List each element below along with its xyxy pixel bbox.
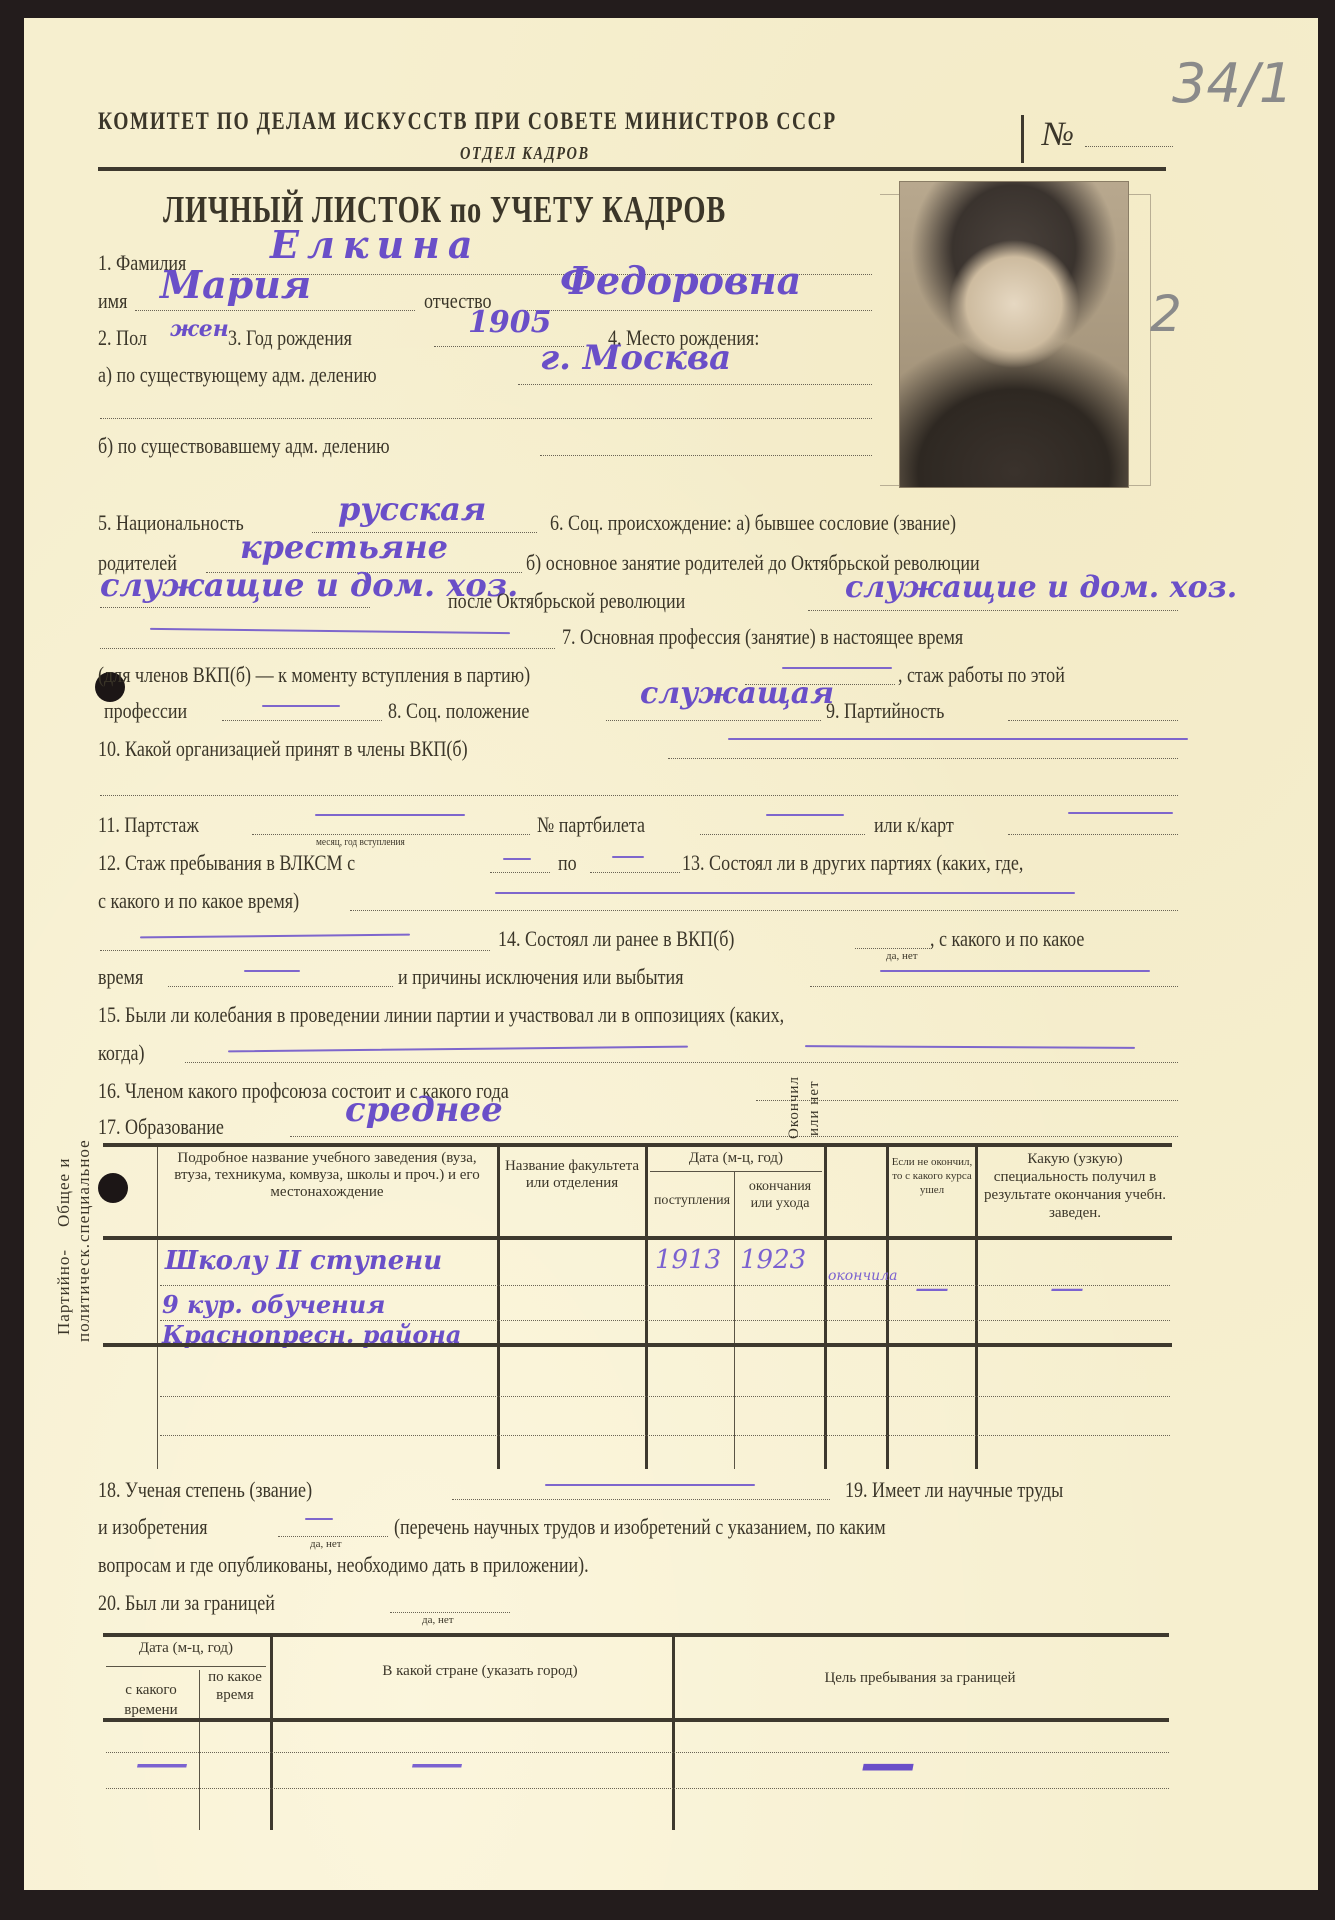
sex-value: жен bbox=[170, 316, 229, 342]
social-status-value: служащая bbox=[640, 676, 834, 711]
party-membership-label: 9. Партийность bbox=[826, 698, 944, 724]
komsomol-from-dash bbox=[503, 858, 531, 860]
education-field[interactable] bbox=[290, 1136, 1178, 1137]
exclusion-reason-label: и причины исключения или выбытия bbox=[398, 964, 684, 990]
profession-experience-dash bbox=[262, 705, 340, 707]
party-organization-field-line2[interactable] bbox=[100, 795, 1178, 796]
edu-row-line[interactable] bbox=[160, 1396, 1170, 1397]
party-organization-label: 10. Какой организацией принят в члены ВК… bbox=[98, 736, 468, 762]
former-member-time-field[interactable] bbox=[168, 986, 393, 987]
edu-header-finished: Окончил или нет bbox=[784, 1066, 832, 1150]
nationality-label: 5. Национальность bbox=[98, 510, 244, 536]
edu-col-divider bbox=[734, 1172, 735, 1419]
party-tenure-dash bbox=[315, 814, 465, 816]
profession-experience-field[interactable] bbox=[222, 720, 382, 721]
academic-degree-dash bbox=[545, 1484, 755, 1486]
party-membership-field[interactable] bbox=[1008, 720, 1178, 721]
edu-row-line[interactable] bbox=[160, 1285, 1170, 1286]
birthplace-former-label: б) по существовавшему адм. делению bbox=[98, 433, 390, 459]
birthplace-current-value: г. Москва bbox=[540, 338, 731, 378]
header-rule bbox=[98, 167, 1166, 171]
inventions-note: (перечень научных трудов и изобретений с… bbox=[394, 1514, 886, 1540]
parents-occupation-before-field[interactable] bbox=[100, 607, 370, 608]
edu-col-divider bbox=[645, 1147, 648, 1419]
party-card-field[interactable] bbox=[700, 834, 865, 835]
parents-occupation-after-value: служащие и дом. хоз. bbox=[845, 570, 1237, 605]
inventions-field[interactable] bbox=[278, 1536, 388, 1537]
abroad-country-value: — bbox=[410, 1730, 464, 1793]
opposition-when-label: когда) bbox=[98, 1040, 145, 1066]
edu-row-label-political: Партийно-политическ. bbox=[54, 1235, 104, 1350]
edu-col-divider bbox=[497, 1419, 500, 1469]
parents-occupation-after-field[interactable] bbox=[808, 610, 1178, 611]
surname-value: Елкина bbox=[270, 222, 480, 267]
pencil-archive-number: 34/1 bbox=[1172, 52, 1293, 115]
edu-col-divider bbox=[824, 1147, 827, 1419]
edu-row-line[interactable] bbox=[160, 1435, 1170, 1436]
ministry-header: КОМИТЕТ ПО ДЕЛАМ ИСКУССТВ ПРИ СОВЕТЕ МИН… bbox=[98, 108, 837, 136]
profession-field[interactable] bbox=[100, 648, 555, 649]
opposition-label: 15. Были ли колебания в проведении линии… bbox=[98, 1002, 784, 1028]
edu-date-subrule bbox=[650, 1171, 822, 1172]
party-card-label: № партбилета bbox=[537, 812, 645, 838]
abroad-table-top-rule bbox=[103, 1633, 1169, 1637]
profession-note-label: (для членов ВКП(б) — к моменту вступлени… bbox=[98, 662, 530, 688]
social-status-label: 8. Соц. положение bbox=[388, 698, 529, 724]
strike-line bbox=[495, 892, 1075, 894]
edu-row-label-general: Общее и специальное bbox=[54, 1142, 104, 1242]
other-parties-label: 13. Состоял ли в других партиях (каких, … bbox=[682, 850, 1023, 876]
abroad-date-subrule bbox=[106, 1666, 266, 1667]
abroad-header-country: В какой стране (указать город) bbox=[330, 1662, 630, 1680]
former-member-time-label: время bbox=[98, 964, 143, 990]
abroad-col-divider bbox=[270, 1637, 273, 1830]
komsomol-to-label: по bbox=[558, 850, 577, 876]
former-member-period-label: , с какого и по какое bbox=[930, 926, 1084, 952]
edu-date-start-value: 1913 bbox=[655, 1245, 721, 1275]
edu-table-top-rule bbox=[103, 1143, 1172, 1147]
edu-group-divider bbox=[103, 1343, 1172, 1347]
edu-finished-value: окончила bbox=[828, 1256, 883, 1296]
inventions-note-line2: вопросам и где опубликованы, необходимо … bbox=[98, 1552, 589, 1578]
edu-col-divider bbox=[157, 1147, 158, 1419]
number-field[interactable] bbox=[1085, 146, 1173, 147]
name-label: имя bbox=[98, 288, 127, 314]
komsomol-to-field[interactable] bbox=[590, 872, 680, 873]
edu-left-course-value: — bbox=[915, 1268, 949, 1308]
patronymic-field[interactable] bbox=[522, 310, 872, 311]
profession-value-dash bbox=[782, 667, 892, 669]
edu-header-institution: Подробное название учебного заведения (в… bbox=[162, 1150, 492, 1201]
other-parties-period-label: с какого и по какое время) bbox=[98, 888, 299, 914]
education-label: 17. Образование bbox=[98, 1114, 224, 1140]
edu-col-divider bbox=[824, 1419, 827, 1469]
former-member-label: 14. Состоял ли ранее в ВКП(б) bbox=[498, 926, 734, 952]
abroad-label: 20. Был ли за границей bbox=[98, 1590, 275, 1616]
edu-header-date-end: окончания или ухода bbox=[738, 1178, 822, 1212]
candidate-card-label: или к/карт bbox=[874, 812, 954, 838]
department-label: ОТДЕЛ КАДРОВ bbox=[460, 143, 590, 164]
academic-degree-field[interactable] bbox=[452, 1499, 830, 1500]
edu-header-bottom-rule bbox=[103, 1236, 1172, 1240]
abroad-purpose-value: — bbox=[860, 1730, 916, 1796]
party-tenure-hint: месяц, год вступления bbox=[316, 836, 405, 848]
social-origin-label: 6. Соц. происхождение: а) бывшее сослови… bbox=[550, 510, 956, 536]
edu-header-date: Дата (м-ц, год) bbox=[650, 1150, 822, 1167]
edu-institution-line2: 9 кур. обучения bbox=[162, 1290, 385, 1319]
komsomol-tenure-label: 12. Стаж пребывания в ВЛКСМ с bbox=[98, 850, 355, 876]
edu-col-divider bbox=[157, 1419, 158, 1469]
birthplace-current-field[interactable] bbox=[518, 384, 872, 385]
birthplace-former-field[interactable] bbox=[540, 455, 872, 456]
birth-year-label: 3. Год рождения bbox=[228, 325, 352, 351]
candidate-card-dash bbox=[1068, 812, 1173, 814]
edu-header-specialty: Какую (узкую) специальность получил в ре… bbox=[980, 1150, 1170, 1222]
pencil-mark-2: 2 bbox=[1150, 285, 1182, 343]
inventions-dash bbox=[305, 1518, 333, 1520]
number-label: № bbox=[1042, 116, 1074, 154]
komsomol-to-dash bbox=[612, 856, 644, 858]
sex-label: 2. Пол bbox=[98, 325, 147, 351]
abroad-header-from: с какого времени bbox=[104, 1680, 198, 1720]
parents-estate-value: крестьяне bbox=[240, 528, 448, 566]
parents-occupation-after-label: после Октябрьской революции bbox=[448, 588, 685, 614]
edu-date-end-value: 1923 bbox=[740, 1245, 806, 1275]
profession-experience-label: профессии bbox=[104, 698, 187, 724]
abroad-row-line[interactable] bbox=[106, 1752, 1169, 1753]
abroad-from-value: — bbox=[135, 1730, 189, 1793]
patronymic-value: Федоровна bbox=[560, 258, 801, 303]
abroad-header-date: Дата (м-ц, год) bbox=[106, 1640, 266, 1657]
abroad-col-divider bbox=[199, 1670, 200, 1830]
inventions-label: и изобретения bbox=[98, 1514, 208, 1540]
edu-specialty-value: — bbox=[1050, 1268, 1084, 1308]
name-field[interactable] bbox=[135, 310, 415, 311]
strike-line bbox=[880, 970, 1150, 972]
strike-line bbox=[728, 738, 1188, 740]
education-value: среднее bbox=[345, 1090, 503, 1130]
party-tenure-label: 11. Партстаж bbox=[98, 812, 199, 838]
abroad-col-divider bbox=[672, 1637, 675, 1830]
party-card-dash bbox=[766, 814, 844, 816]
exclusion-reason-field[interactable] bbox=[810, 986, 1178, 987]
abroad-row-line[interactable] bbox=[106, 1788, 1169, 1789]
abroad-field[interactable] bbox=[390, 1612, 510, 1613]
name-value: Мария bbox=[160, 262, 311, 307]
nationality-value: русская bbox=[338, 490, 486, 528]
birthplace-current-label: а) по существующему адм. делению bbox=[98, 362, 377, 388]
edu-col-divider bbox=[645, 1419, 648, 1469]
header-divider bbox=[1021, 115, 1024, 163]
edu-col-divider bbox=[497, 1147, 500, 1419]
academic-degree-label: 18. Ученая степень (звание) bbox=[98, 1477, 312, 1503]
edu-header-left-course: Если не окончил, то с какого курса ушел bbox=[890, 1155, 974, 1197]
other-parties-field[interactable] bbox=[350, 910, 1178, 911]
former-member-field[interactable] bbox=[855, 948, 930, 949]
portrait-photo bbox=[900, 182, 1128, 487]
work-experience-label: , стаж работы по этой bbox=[898, 662, 1065, 688]
scientific-works-label: 19. Имеет ли научные труды bbox=[845, 1477, 1063, 1503]
edu-header-date-start: поступления bbox=[650, 1192, 734, 1209]
komsomol-from-field[interactable] bbox=[490, 872, 550, 873]
former-member-time-dash bbox=[244, 970, 300, 972]
birth-year-value: 1905 bbox=[468, 305, 552, 340]
edu-col-divider bbox=[886, 1419, 889, 1469]
edu-institution-line1: Школу II ступени bbox=[165, 1246, 442, 1276]
abroad-header-purpose: Цель пребывания за границей bbox=[680, 1670, 1160, 1687]
edu-col-divider bbox=[734, 1419, 735, 1469]
edu-col-divider bbox=[975, 1147, 978, 1419]
opposition-field[interactable] bbox=[185, 1062, 1178, 1063]
abroad-header-to: по какое время bbox=[202, 1668, 268, 1704]
former-member-hint: да, нет bbox=[886, 950, 918, 962]
candidate-card-field[interactable] bbox=[1008, 834, 1178, 835]
inventions-hint: да, нет bbox=[310, 1538, 342, 1550]
profession-label: 7. Основная профессия (занятие) в настоя… bbox=[562, 624, 963, 650]
abroad-header-bottom-rule bbox=[103, 1718, 1169, 1722]
birthplace-current-field-line2[interactable] bbox=[100, 418, 872, 419]
edu-col-divider bbox=[975, 1419, 978, 1469]
abroad-hint: да, нет bbox=[422, 1614, 454, 1626]
social-status-field[interactable] bbox=[606, 720, 821, 721]
party-tenure-field[interactable] bbox=[252, 834, 530, 835]
edu-header-faculty: Название факультета или отделения bbox=[502, 1158, 642, 1192]
other-parties-field-line2[interactable] bbox=[100, 950, 490, 951]
party-organization-field[interactable] bbox=[668, 758, 1178, 759]
